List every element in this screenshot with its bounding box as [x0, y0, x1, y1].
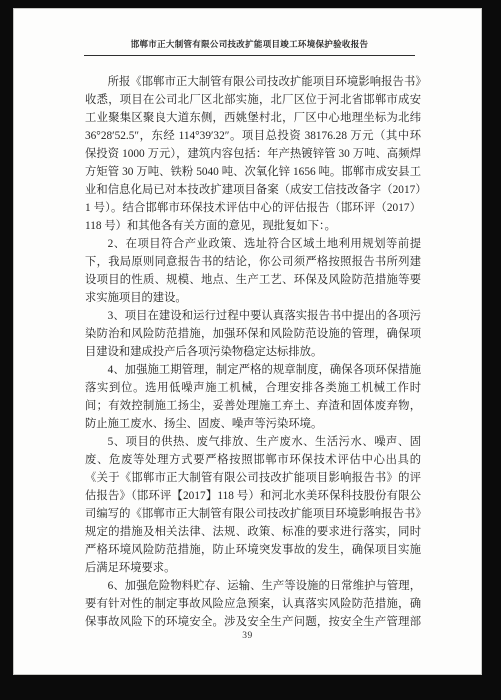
- paragraph: 4、加强施工期管理，制定严格的规章制度，确保各项环保措施落实到位。选用低噪声施工…: [85, 361, 421, 433]
- paragraph: 所报《邯郸市正大制管有限公司技改扩能项目环境影响报告书》收悉，项目在公司北厂区北…: [85, 73, 421, 235]
- page-header: 邯郸市正大制管有限公司技改扩能项目竣工环境保护验收报告: [84, 39, 415, 56]
- document-page: 邯郸市正大制管有限公司技改扩能项目竣工环境保护验收报告 所报《邯郸市正大制管有限…: [13, 8, 482, 675]
- header-title: 邯郸市正大制管有限公司技改扩能项目竣工环境保护验收报告: [131, 39, 369, 49]
- paragraph: 2、在项目符合产业政策、选址符合区域土地利用规划等前提下，我局原则同意报告书的结…: [85, 235, 421, 307]
- document-body: 所报《邯郸市正大制管有限公司技改扩能项目环境影响报告书》收悉，项目在公司北厂区北…: [85, 73, 421, 633]
- page-number: 39: [14, 631, 481, 641]
- paragraph: 6、加强危险物料贮存、运输、生产等设施的日常维护与管理，要有针对性的制定事故风险…: [85, 577, 421, 633]
- paragraph: 5、项目的供热、废气排放、生产废水、生活污水、噪声、固废、危废等处理方式要严格按…: [85, 433, 421, 577]
- paragraph: 3、项目在建设和运行过程中要认真落实报告书中提出的各项污染防治和风险防范措施，加…: [85, 307, 421, 361]
- scan-background: 邯郸市正大制管有限公司技改扩能项目竣工环境保护验收报告 所报《邯郸市正大制管有限…: [0, 0, 501, 700]
